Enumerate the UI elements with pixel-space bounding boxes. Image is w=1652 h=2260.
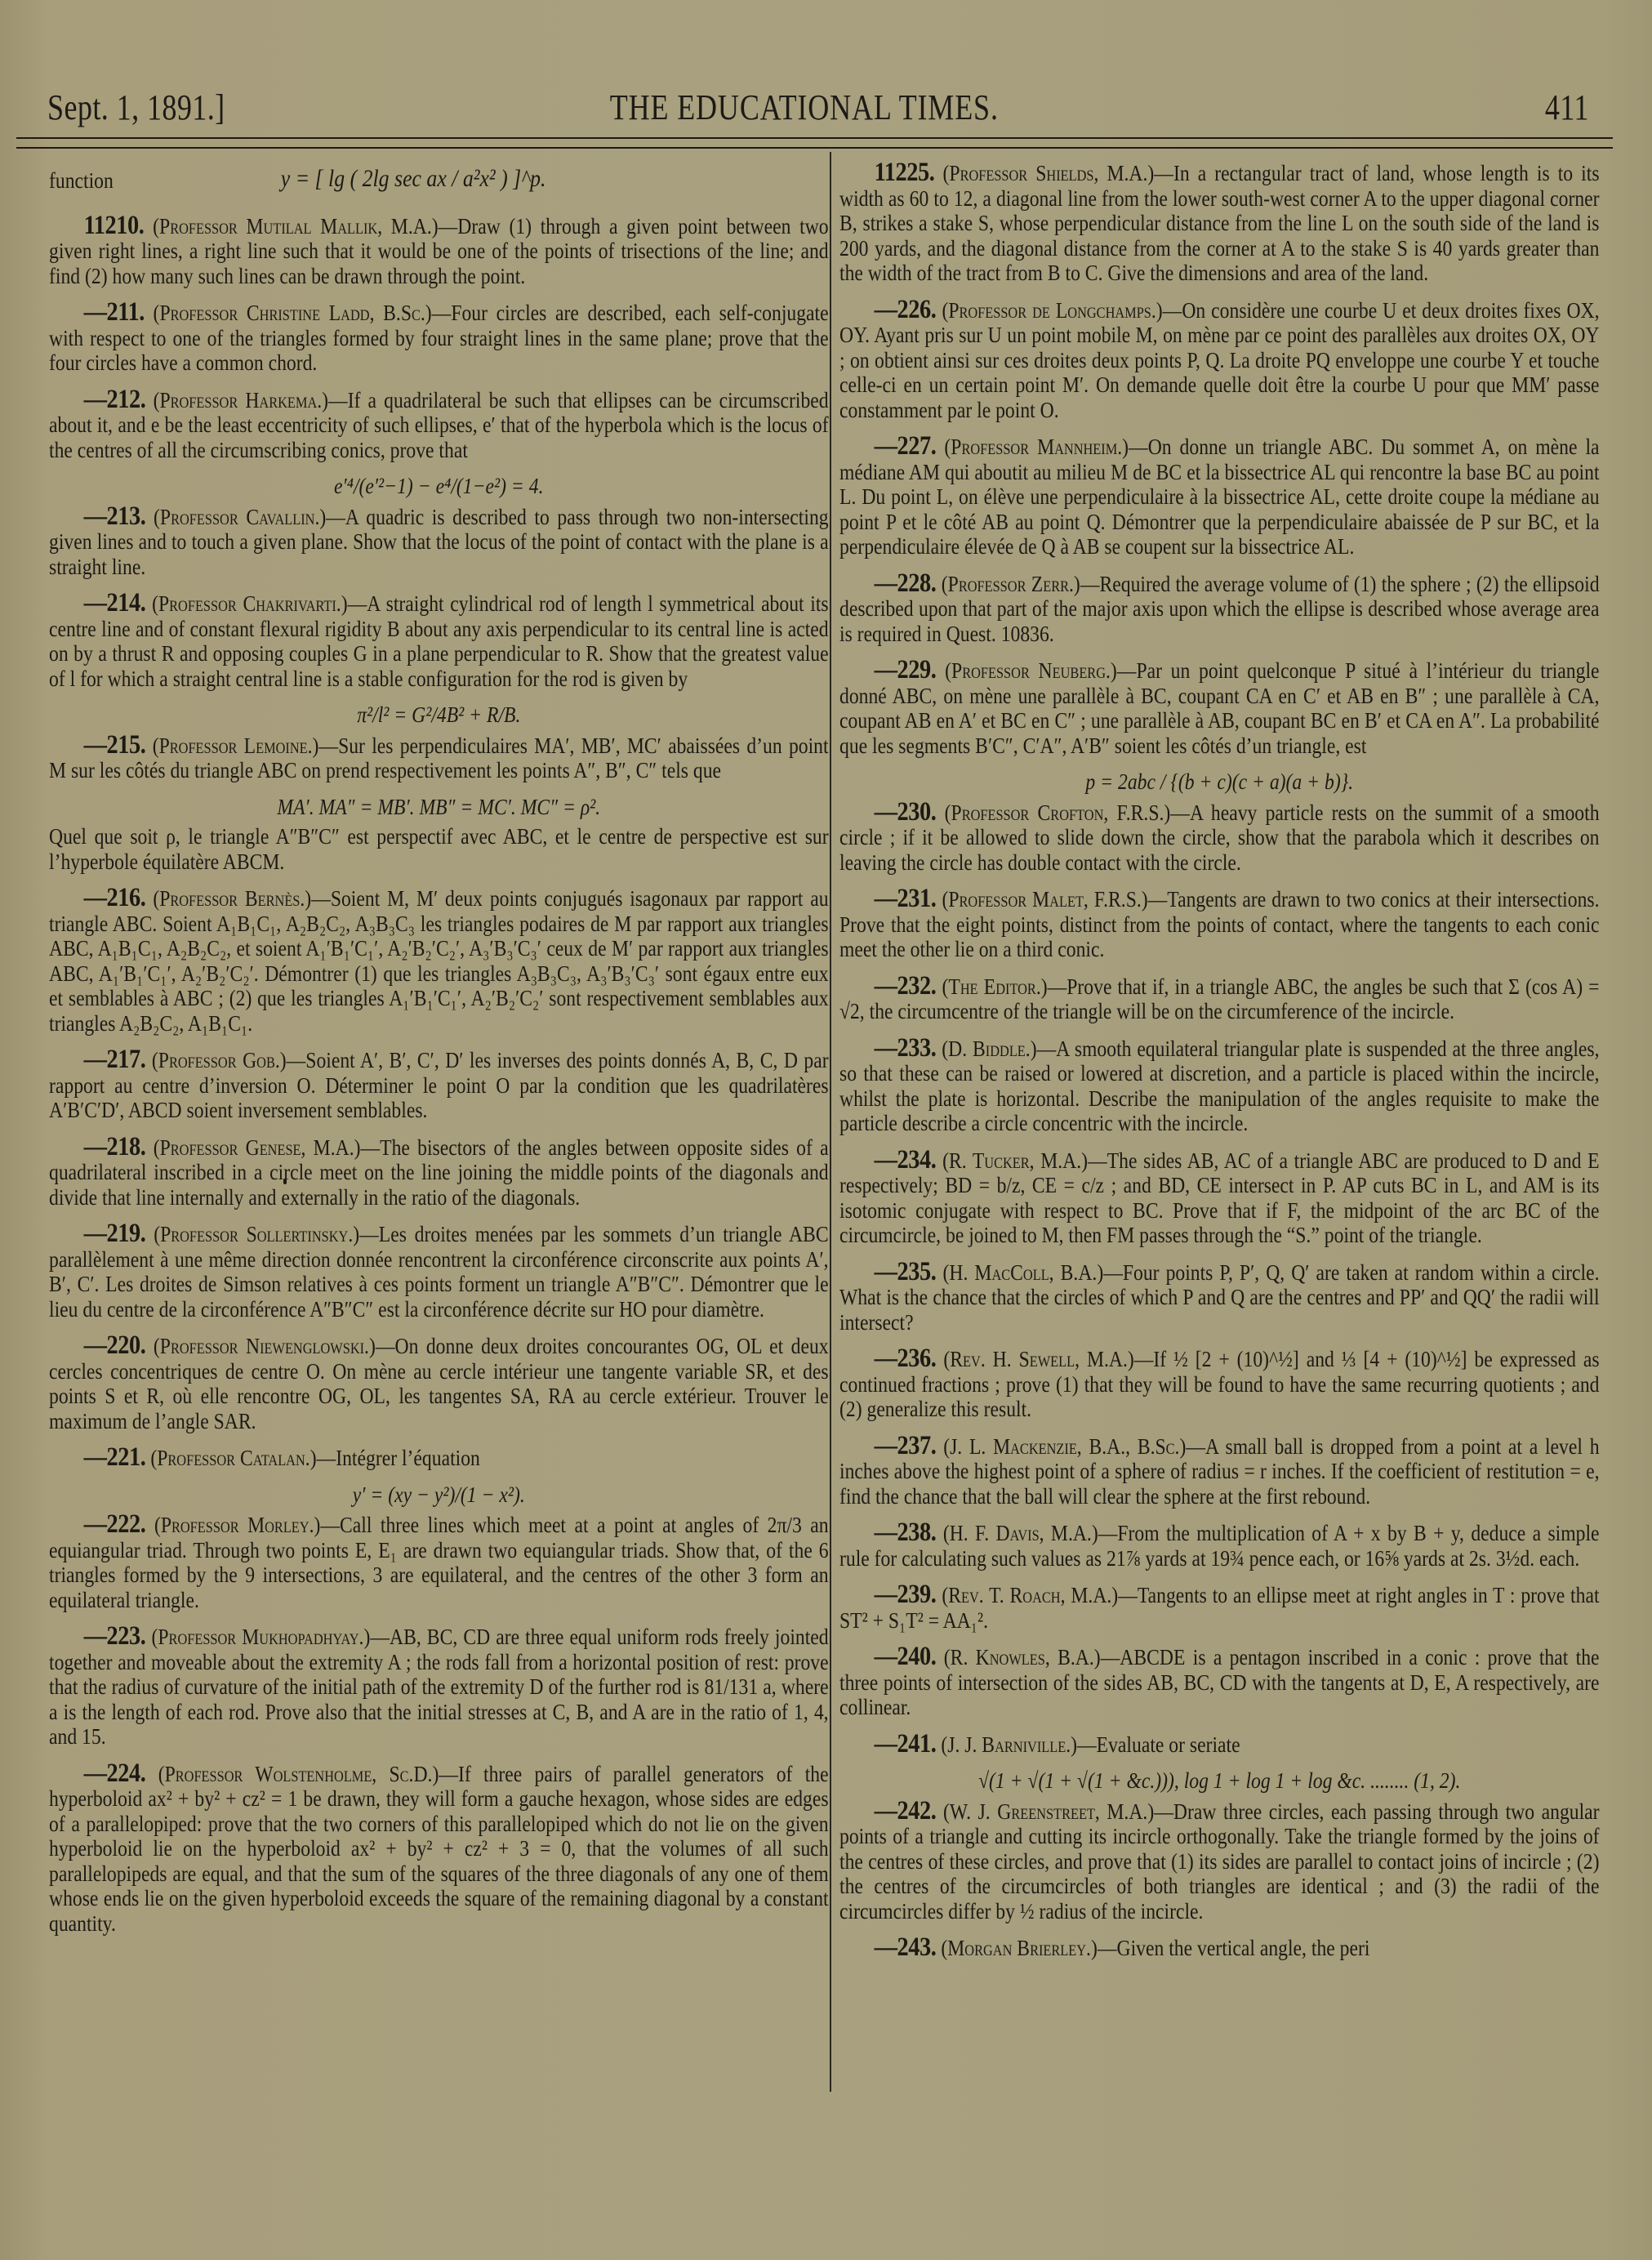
question-text: —Evaluate or seriate [1077, 1732, 1240, 1757]
question-paragraph: —229. (Professor Neuberg.)—Par un point … [839, 657, 1600, 758]
question-paragraph: —242. (W. J. Greenstreet, M.A.)—Draw thr… [839, 1799, 1600, 1924]
right-column: 11225. (Professor Shields, M.A.)—In a re… [839, 160, 1599, 1972]
question-author: (Rev. H. Sewell, M.A.) [943, 1346, 1133, 1371]
question-number: —227. [875, 431, 937, 461]
question-block: —226. (Professor de Longchamps.)—On cons… [839, 297, 1600, 423]
question-author: (Professor Sollertinsky.) [154, 1221, 359, 1246]
question-paragraph: —227. (Professor Mannheim.)—On donne un … [839, 434, 1600, 559]
question-author: (The Editor.) [942, 974, 1048, 999]
question-block: —222. (Professor Morley.)—Call three lin… [49, 1512, 829, 1612]
question-paragraph: —241. (J. J. Barniville.)—Evaluate or se… [839, 1732, 1600, 1758]
question-paragraph: —237. (J. L. Mackenzie, B.A., B.Sc.)—A s… [839, 1433, 1600, 1509]
question-paragraph: —236. (Rev. H. Sewell, M.A.)—If ½ [2 + (… [839, 1346, 1600, 1422]
question-number: —238. [875, 1518, 937, 1547]
question-block: —219. (Professor Sollertinsky.)—Les droi… [49, 1221, 829, 1322]
question-block: —218. (Professor Genese, M.A.)—The bisec… [49, 1134, 829, 1210]
question-author: (Professor Catalan.) [150, 1445, 316, 1470]
question-paragraph: —214. (Professor Chakrivarti.)—A straigh… [49, 591, 829, 691]
page-number: 411 [1545, 87, 1589, 128]
question-author: (Professor Cavallin.) [154, 504, 326, 529]
question-block: —235. (H. MacColl, B.A.)—Four points P, … [839, 1259, 1600, 1335]
continued-formula: function y = [ lg ( 2lg sec ax / a²x² ) … [49, 165, 829, 197]
question-paragraph: —228. (Professor Zerr.)—Required the ave… [839, 571, 1600, 647]
question-block: —234. (R. Tucker, M.A.)—The sides AB, AC… [839, 1148, 1600, 1248]
question-paragraph: —213. (Professor Cavallin.)—A quadric is… [49, 504, 829, 580]
question-author: (Professor Shields, M.A.) [943, 160, 1155, 185]
question-number: —213. [84, 501, 146, 531]
question-author: (Professor Gob.) [152, 1047, 287, 1072]
question-paragraph: —226. (Professor de Longchamps.)—On cons… [839, 297, 1600, 423]
question-author: (Professor de Longchamps.) [942, 297, 1162, 323]
question-block: —243. (Morgan Brierley.)—Given the verti… [839, 1935, 1600, 1961]
question-block: —228. (Professor Zerr.)—Required the ave… [839, 571, 1600, 647]
question-formula: √(1 + √(1 + √(1 + &c.))), log 1 + log 1 … [839, 1768, 1600, 1794]
question-author: (Professor Chakrivarti.) [152, 591, 347, 616]
question-paragraph: —220. (Professor Niewenglowski.)—On donn… [49, 1333, 829, 1433]
question-author: (D. Biddle.) [942, 1036, 1036, 1061]
question-author: (Professor Bernès.) [153, 885, 311, 911]
question-block: —217. (Professor Gob.)—Soient A′, B′, C′… [49, 1047, 829, 1123]
question-number: —218. [84, 1132, 146, 1161]
question-paragraph: —231. (Professor Malet, F.R.S.)—Tangents… [839, 886, 1600, 962]
question-paragraph: —211. (Professor Christine Ladd, B.Sc.)—… [49, 300, 829, 376]
question-paragraph: 11225. (Professor Shields, M.A.)—In a re… [839, 160, 1600, 286]
question-number: —235. [875, 1257, 937, 1286]
question-block: —239. (Rev. T. Roach, M.A.)—Tangents to … [839, 1582, 1600, 1633]
question-list: 11210. (Professor Mutilal Mallik, M.A.)—… [49, 213, 829, 1937]
question-formula: π²/l² = G²/4B² + R/B. [49, 702, 829, 728]
question-number: —237. [875, 1431, 937, 1460]
question-number: —233. [875, 1033, 937, 1063]
left-column: function y = [ lg ( 2lg sec ax / a²x² ) … [49, 160, 829, 1947]
question-number: —212. [84, 385, 146, 414]
question-block: 11210. (Professor Mutilal Mallik, M.A.)—… [49, 213, 829, 289]
question-block: —216. (Professor Bernès.)—Soient M, M′ d… [49, 885, 829, 1036]
question-paragraph: —240. (R. Knowles, B.A.)—ABCDE is a pent… [839, 1644, 1600, 1720]
question-block: —232. (The Editor.)—Prove that if, in a … [839, 974, 1600, 1024]
question-number: —228. [875, 568, 937, 598]
question-author: (R. Knowles, B.A.) [944, 1644, 1101, 1669]
question-paragraph: —234. (R. Tucker, M.A.)—The sides AB, AC… [839, 1148, 1600, 1248]
question-block: —230. (Professor Crofton, F.R.S.)—A heav… [839, 800, 1600, 876]
question-paragraph: —235. (H. MacColl, B.A.)—Four points P, … [839, 1259, 1600, 1335]
question-author: (H. F. Davis, M.A.) [943, 1520, 1098, 1545]
question-number: —236. [875, 1344, 937, 1373]
question-block: —215. (Professor Lemoine.)—Sur les perpe… [49, 733, 829, 875]
question-number: —230. [875, 797, 937, 827]
question-block: —231. (Professor Malet, F.R.S.)—Tangents… [839, 886, 1600, 962]
question-block: —236. (Rev. H. Sewell, M.A.)—If ½ [2 + (… [839, 1346, 1600, 1422]
question-author: (W. J. Greenstreet, M.A.) [943, 1799, 1154, 1824]
publication-title: THE EDUCATIONAL TIMES. [610, 87, 999, 128]
question-author: (Professor Zerr.) [942, 571, 1080, 596]
question-block: 11225. (Professor Shields, M.A.)—In a re… [839, 160, 1600, 286]
question-author: (R. Tucker, M.A.) [942, 1148, 1088, 1173]
question-formula: p = 2abc / {(b + c)(c + a)(a + b)}. [839, 769, 1600, 795]
question-block: —224. (Professor Wolstenholme, Sc.D.)—If… [49, 1761, 829, 1937]
question-number: —232. [875, 971, 937, 1001]
question-block: —238. (H. F. Davis, M.A.)—From the multi… [839, 1520, 1600, 1571]
question-block: —212. (Professor Harkema.)—If a quadrila… [49, 387, 829, 499]
question-number: 11225. [875, 158, 935, 187]
question-author: (Morgan Brierley.) [941, 1935, 1097, 1960]
question-formula: e′⁴/(e′²−1) − e⁴/(1−e²) = 4. [49, 474, 829, 499]
question-number: —214. [84, 588, 146, 617]
question-number: —220. [84, 1331, 146, 1360]
question-paragraph: —216. (Professor Bernès.)—Soient M, M′ d… [49, 885, 829, 1036]
question-paragraph: —224. (Professor Wolstenholme, Sc.D.)—If… [49, 1761, 829, 1937]
newspaper-page: Sept. 1, 1891.] THE EDUCATIONAL TIMES. 4… [0, 0, 1652, 2260]
question-text: —Given the vertical angle, the peri [1098, 1935, 1370, 1960]
question-paragraph: —243. (Morgan Brierley.)—Given the verti… [839, 1935, 1600, 1961]
question-block: —213. (Professor Cavallin.)—A quadric is… [49, 504, 829, 580]
question-author: (Professor Mannheim.) [944, 434, 1129, 459]
question-author: (Professor Neuberg.) [945, 657, 1117, 683]
question-block: —233. (D. Biddle.)—A smooth equilateral … [839, 1036, 1600, 1136]
question-number: —234. [875, 1145, 937, 1175]
page-header: Sept. 1, 1891.] THE EDUCATIONAL TIMES. 4… [47, 87, 1599, 136]
question-author: (Professor Malet, F.R.S.) [942, 886, 1147, 912]
issue-date: Sept. 1, 1891.] [47, 87, 225, 128]
question-number: —239. [875, 1580, 937, 1609]
question-block: —237. (J. L. Mackenzie, B.A., B.Sc.)—A s… [839, 1433, 1600, 1509]
question-author: (Professor Morley.) [154, 1512, 320, 1537]
question-number: —216. [84, 883, 146, 912]
question-paragraph: 11210. (Professor Mutilal Mallik, M.A.)—… [49, 213, 829, 289]
question-block: —214. (Professor Chakrivarti.)—A straigh… [49, 591, 829, 728]
question-number: 11210. [84, 211, 145, 240]
question-paragraph: —221. (Professor Catalan.)—Intégrer l’éq… [49, 1445, 829, 1471]
question-author: (Professor Niewenglowski.) [154, 1333, 376, 1358]
question-block: —220. (Professor Niewenglowski.)—On donn… [49, 1333, 829, 1433]
question-paragraph: —223. (Professor Mukhopadhyay.)—AB, BC, … [49, 1624, 829, 1750]
question-number: —226. [875, 295, 937, 324]
formula-text: y = [ lg ( 2lg sec ax / a²x² ) ]^p. [281, 167, 546, 192]
question-block: —240. (R. Knowles, B.A.)—ABCDE is a pent… [839, 1644, 1600, 1720]
column-divider [830, 152, 831, 2092]
question-paragraph: —212. (Professor Harkema.)—If a quadrila… [49, 387, 829, 463]
question-block: —227. (Professor Mannheim.)—On donne un … [839, 434, 1600, 559]
question-number: —231. [875, 884, 937, 913]
ink-speck [283, 1179, 287, 1184]
question-text: —Intégrer l’équation [317, 1445, 480, 1470]
question-block: —221. (Professor Catalan.)—Intégrer l’éq… [49, 1445, 829, 1507]
question-paragraph: —233. (D. Biddle.)—A smooth equilateral … [839, 1036, 1600, 1136]
question-paragraph: —219. (Professor Sollertinsky.)—Les droi… [49, 1221, 829, 1322]
question-author: (Rev. T. Roach, M.A.) [942, 1582, 1118, 1607]
question-block: —241. (J. J. Barniville.)—Evaluate or se… [839, 1732, 1600, 1794]
question-paragraph: —222. (Professor Morley.)—Call three lin… [49, 1512, 829, 1612]
question-author: (Professor Wolstenholme, Sc.D.) [158, 1761, 439, 1786]
question-number: —224. [84, 1759, 146, 1788]
question-paragraph: —215. (Professor Lemoine.)—Sur les perpe… [49, 733, 829, 783]
question-formula: y′ = (xy − y²)/(1 − x²). [49, 1482, 829, 1508]
question-number: —240. [875, 1642, 937, 1671]
question-formula: MA′. MA″ = MB′. MB″ = MC′. MC″ = ρ². [49, 795, 829, 820]
question-author: (J. L. Mackenzie, B.A., B.Sc.) [943, 1433, 1186, 1459]
question-number: —242. [875, 1796, 937, 1825]
question-author: (Professor Mukhopadhyay.) [152, 1624, 371, 1649]
question-paragraph: —238. (H. F. Davis, M.A.)—From the multi… [839, 1520, 1600, 1571]
question-list: 11225. (Professor Shields, M.A.)—In a re… [839, 160, 1600, 1961]
question-author: (Professor Genese, M.A.) [154, 1134, 361, 1160]
question-paragraph: —217. (Professor Gob.)—Soient A′, B′, C′… [49, 1047, 829, 1123]
question-number: —211. [84, 297, 145, 327]
question-number: —223. [84, 1621, 146, 1651]
question-text: —If three pairs of parallel generators o… [49, 1761, 829, 1936]
question-paragraph: —239. (Rev. T. Roach, M.A.)—Tangents to … [839, 1582, 1600, 1633]
question-block: —242. (W. J. Greenstreet, M.A.)—Draw thr… [839, 1799, 1600, 1924]
question-number: —215. [84, 730, 146, 760]
question-text-continued: Quel que soit ρ, le triangle A″B″C″ est … [49, 824, 829, 874]
question-author: (Professor Harkema.) [154, 387, 328, 412]
question-author: (Professor Christine Ladd, B.Sc.) [154, 300, 432, 325]
question-number: —219. [84, 1219, 146, 1248]
question-number: —229. [875, 655, 937, 684]
question-number: —222. [84, 1509, 146, 1539]
question-author: (Professor Lemoine.) [153, 733, 319, 758]
question-author: (Professor Mutilal Mallik, M.A.) [153, 213, 438, 238]
question-paragraph: —218. (Professor Genese, M.A.)—The bisec… [49, 1134, 829, 1210]
question-block: —211. (Professor Christine Ladd, B.Sc.)—… [49, 300, 829, 376]
question-paragraph: —230. (Professor Crofton, F.R.S.)—A heav… [839, 800, 1600, 876]
question-author: (H. MacColl, B.A.) [943, 1259, 1104, 1285]
question-author: (Professor Crofton, F.R.S.) [945, 800, 1171, 825]
question-number: —243. [875, 1932, 937, 1962]
question-number: —241. [875, 1729, 937, 1759]
formula-label: function [49, 168, 281, 194]
question-block: —223. (Professor Mukhopadhyay.)—AB, BC, … [49, 1624, 829, 1750]
header-rule-bottom [16, 147, 1613, 149]
question-author: (J. J. Barniville.) [941, 1732, 1077, 1757]
question-number: —217. [84, 1045, 146, 1074]
question-block: —229. (Professor Neuberg.)—Par un point … [839, 657, 1600, 795]
question-number: —221. [84, 1442, 146, 1472]
question-paragraph: —232. (The Editor.)—Prove that if, in a … [839, 974, 1600, 1024]
header-rule-top [16, 137, 1613, 139]
